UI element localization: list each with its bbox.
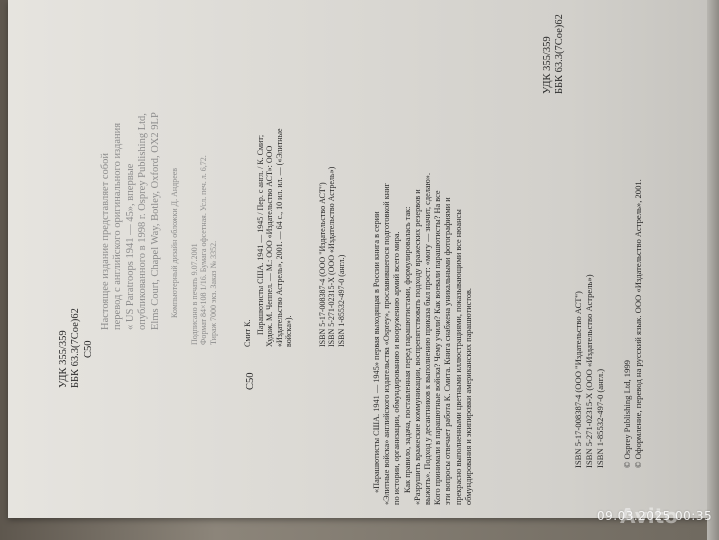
print-line: Формат 84×108 1/16. Бумага офсетная. Усл… <box>199 155 208 345</box>
catalog-line: «Издательство Астрель», 2001. — 64 с., 1… <box>275 129 284 348</box>
udk-code: УДК 355/359 <box>542 14 554 94</box>
left-isbn-block: ISBN 5-17-008387-4 (ООО "Издательство АС… <box>318 167 346 347</box>
annotation-line: обмундирования и экипировки американских… <box>464 173 474 505</box>
catalog-entry: Парашютисты США. 1941 — 1945 / Пер. с ан… <box>256 129 294 336</box>
copyright-line: © Оформление, перевод на русский язык. О… <box>633 179 644 468</box>
notice-line: перевод с английского оригинального изда… <box>112 112 124 330</box>
annotation-line: эти вопросы отвечает работа К. Смита. Кн… <box>443 173 453 505</box>
notice-line: « US Paratroops 1941 — 45», впервые <box>125 112 137 330</box>
catalog-line: войска»). <box>284 129 293 348</box>
right-isbn-block: ISBN 5-17-008387-4 (ООО "Издательство АС… <box>573 274 607 468</box>
original-edition-notice: Настоящее издание представляет собой пер… <box>100 112 162 330</box>
page-edge <box>707 0 719 540</box>
annotation-line: прекрасно выполненными цветными иллюстра… <box>454 173 464 505</box>
isbn-line: ISBN 1-85532-497-0 (англ.) <box>595 274 606 468</box>
isbn-line: ISBN 5-17-008387-4 (ООО "Издательство АС… <box>573 274 584 468</box>
annotation-line: Кого принимали в парашютные войска? Чему… <box>433 173 443 505</box>
print-info: Подписано в печать 9.07.2001 Формат 84×1… <box>190 155 218 345</box>
print-line: Тираж 7000 экз. Заказ № 3352. <box>209 155 218 345</box>
copyright-line: © Osprey Publishing Ltd, 1999 <box>622 179 633 468</box>
right-udk-block: УДК 355/359 ББК 63.3(7Сое)62 <box>542 14 567 94</box>
catalog-code-c50: С50 <box>245 372 257 390</box>
notice-line: Настоящее издание представляет собой <box>100 112 112 330</box>
notice-line: опубликованного в 1998 г. Osprey Publish… <box>137 112 149 330</box>
udk-code: УДК 355/359 <box>58 308 70 388</box>
left-udk-block: УДК 355/359 ББК 63.3(7Сое)62 С50 <box>58 308 95 388</box>
isbn-line: ISBN 5-271-02315-X (ООО «Издательство Ас… <box>327 167 336 347</box>
book-annotation: «Парашютисты США. 1941 — 1945» первая вы… <box>372 173 474 505</box>
author-name: Смит К. <box>243 319 252 347</box>
isbn-line: ISBN 1-85532-497-0 (англ.) <box>337 167 346 347</box>
catalog-line: Парашютисты США. 1941 — 1945 / Пер. с ан… <box>256 129 265 336</box>
annotation-line: Как правило, задача, поставленная перед … <box>403 173 413 505</box>
isbn-line: ISBN 5-17-008387-4 (ООО "Издательство АС… <box>318 167 327 347</box>
annotation-line: по истории, организации, обмундированию … <box>392 173 402 505</box>
annotation-line: «Разрушить вражеские коммуникации, воспр… <box>413 173 423 505</box>
cover-design-credit: Компьютерный дизайн обложки Д. Андреев <box>170 168 179 318</box>
catalog-code: С50 <box>83 308 95 388</box>
annotation-line: выжить». Подход у десантников к выполнен… <box>423 173 433 505</box>
bbk-code: ББК 63.3(7Сое)62 <box>554 14 566 94</box>
catalog-line: Худож. М. Чеппел. — М.: ООО «Издательств… <box>265 129 274 348</box>
copyright-block: © Osprey Publishing Ltd, 1999 © Оформлен… <box>622 179 644 468</box>
annotation-line: «Парашютисты США. 1941 — 1945» первая вы… <box>372 173 382 505</box>
bbk-code: ББК 63.3(7Сое)62 <box>70 308 82 388</box>
notice-line: Elms Court, Chapel Way, Botley, Oxford, … <box>150 112 162 330</box>
annotation-line: «Элитные войска» английского издательств… <box>382 173 392 505</box>
print-line: Подписано в печать 9.07.2001 <box>190 155 199 345</box>
photo-timestamp: 09.03.2025 00:35 <box>597 509 712 523</box>
isbn-line: ISBN 5-271-02315-X (ООО «Издательство Ас… <box>584 274 595 468</box>
